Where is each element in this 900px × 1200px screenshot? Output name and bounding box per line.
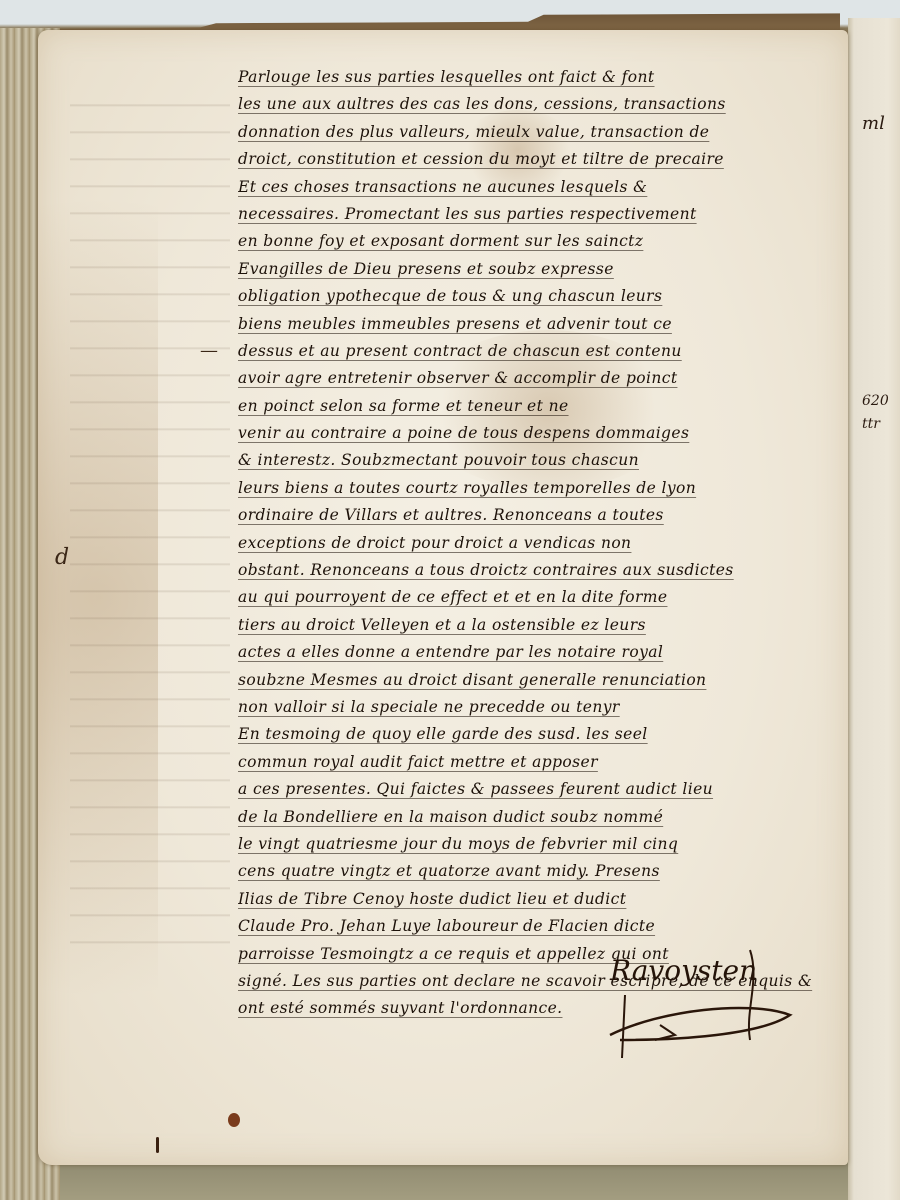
text-line: obstant. Renonceans a tous droictz contr…: [238, 557, 850, 584]
text-line: cens quatre vingtz et quatorze avant mid…: [238, 858, 850, 885]
adjacent-page: ml 620 ttr: [848, 18, 900, 1200]
text-line: les une aux aultres des cas les dons, ce…: [238, 91, 850, 118]
adjacent-page-fragment: ttr: [862, 416, 880, 432]
margin-mark: d: [55, 545, 69, 570]
signature-name: Ravoysten: [610, 954, 757, 987]
text-line: de la Bondelliere en la maison dudict so…: [238, 804, 850, 831]
notary-signature: Ravoysten: [600, 940, 800, 1060]
ink-mark: [156, 1137, 159, 1153]
text-line: Evangilles de Dieu presens et soubz expr…: [238, 256, 850, 283]
text-line: avoir agre entretenir observer & accompl…: [238, 365, 850, 392]
text-line: & interestz. Soubzmectant pouvoir tous c…: [238, 447, 850, 474]
text-line: le vingt quatriesme jour du moys de febv…: [238, 831, 850, 858]
text-line: a ces presentes. Qui faictes & passees f…: [238, 776, 850, 803]
text-line: exceptions de droict pour droict a vendi…: [238, 530, 850, 557]
text-line: obligation ypothecque de tous & ung chas…: [238, 283, 850, 310]
text-line: en poinct selon sa forme et teneur et ne: [238, 393, 850, 420]
text-line: commun royal audit faict mettre et appos…: [238, 749, 850, 776]
text-line: donnation des plus valleurs, mieulx valu…: [238, 119, 850, 146]
text-line: Ilias de Tibre Cenoy hoste dudict lieu e…: [238, 886, 850, 913]
ink-blot: [228, 1113, 240, 1127]
text-line: actes a elles donne a entendre par les n…: [238, 639, 850, 666]
text-line: Et ces choses transactions ne aucunes le…: [238, 174, 850, 201]
text-line: Parlouge les sus parties lesquelles ont …: [238, 64, 850, 91]
manuscript-text: Parlouge les sus parties lesquelles ont …: [238, 64, 850, 1023]
text-line: en bonne foy et exposant dorment sur les…: [238, 228, 850, 255]
text-line: non valloir si la speciale ne precedde o…: [238, 694, 850, 721]
text-line: ordinaire de Villars et aultres. Renonce…: [238, 502, 850, 529]
adjacent-page-fragment: ml: [862, 113, 885, 134]
text-line: au qui pourroyent de ce effect et et en …: [238, 584, 850, 611]
text-line: leurs biens a toutes courtz royalles tem…: [238, 475, 850, 502]
text-line: biens meubles immeubles presens et adven…: [238, 311, 850, 338]
text-line: soubzne Mesmes au droict disant generall…: [238, 667, 850, 694]
text-line: venir au contraire a poine de tous despe…: [238, 420, 850, 447]
adjacent-page-fragment: 620: [862, 393, 889, 409]
text-line: necessaires. Promectant les sus parties …: [238, 201, 850, 228]
text-line: tiers au droict Velleyen et a la ostensi…: [238, 612, 850, 639]
text-line: droict, constitution et cession du moyt …: [238, 146, 850, 173]
text-line: Claude Pro. Jehan Luye laboureur de Flac…: [238, 913, 850, 940]
text-line: En tesmoing de quoy elle garde des susd.…: [238, 721, 850, 748]
margin-mark: —: [200, 340, 218, 361]
binding-bottom-edge: [60, 1160, 850, 1200]
text-line: dessus et au present contract de chascun…: [238, 338, 850, 365]
bleed-through-text: [70, 80, 230, 960]
